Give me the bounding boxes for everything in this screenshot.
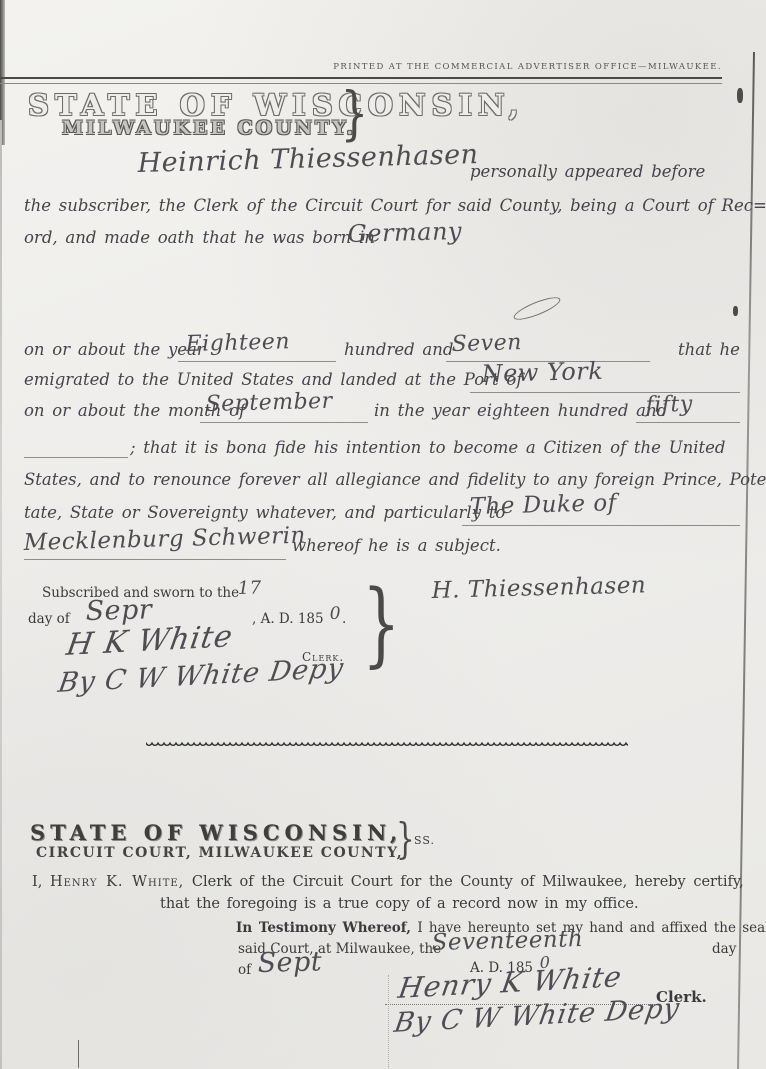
- jurat-day-handwriting: 17: [237, 577, 261, 599]
- certificate-clerk-name: Henry K. White,: [50, 874, 184, 890]
- sovereign-state-handwriting: Mecklenburg Schwerin: [23, 523, 306, 556]
- county-heading: MILWAUKEE COUNTY.: [62, 117, 356, 139]
- oath-line-renounce: States, and to renounce forever all alle…: [24, 470, 766, 489]
- ink-blot: [733, 306, 738, 316]
- blank-line: [24, 558, 286, 560]
- blank-line: [200, 421, 368, 423]
- scanned-document-page: PRINTED AT THE COMMERCIAL ADVERTISER OFF…: [0, 0, 766, 1069]
- jurat-ad-digit-handwriting: 0: [329, 604, 341, 624]
- jurat-ad-period: .: [342, 611, 346, 627]
- oath-appeared-text: personally appeared before: [470, 162, 705, 181]
- month-handwriting: September: [205, 389, 333, 417]
- year-arrival-handwriting: fifty: [645, 392, 693, 418]
- year-units-handwriting: Seven: [451, 330, 522, 357]
- port-handwriting: New York: [481, 357, 603, 388]
- oath-line-subject: whereof he is a subject.: [292, 536, 501, 555]
- blank-line: [24, 456, 128, 458]
- blank-line: [470, 391, 740, 393]
- testimony-day-label: day: [712, 941, 736, 957]
- jurat-brace: }: [362, 578, 400, 670]
- oath-line-subscriber: the subscriber, the Clerk of the Circuit…: [24, 196, 766, 215]
- certificate-court-heading: CIRCUIT COURT, MILWAUKEE COUNTY,: [36, 845, 403, 861]
- certificate-line1: I, Henry K. White, Clerk of the Circuit …: [32, 874, 744, 890]
- oath-line-born-in: ord, and made oath that he was born in: [24, 228, 375, 247]
- clerk-signature: H K White: [64, 619, 236, 663]
- declarant-name-handwriting: Heinrich Thiessenhasen: [137, 139, 479, 179]
- oath-line-year: on or about the year: [24, 340, 205, 359]
- fold-crease-dotted: [388, 975, 390, 1069]
- jurat-month-handwriting: Sepr: [85, 594, 152, 627]
- testimony-of-label: of: [238, 962, 251, 978]
- certificate-brace: }: [396, 818, 415, 860]
- oath-line-particularly: tate, State or Sovereignty whatever, and…: [24, 503, 505, 522]
- oath-line-bona-fide: ; that it is bona fide his intention to …: [130, 438, 725, 457]
- birthplace-handwriting: Germany: [347, 217, 462, 248]
- printer-imprint: PRINTED AT THE COMMERCIAL ADVERTISER OFF…: [333, 62, 722, 72]
- oath-line-that-he: that he: [678, 340, 740, 359]
- header-brace: }: [341, 84, 369, 142]
- blank-line: [178, 360, 336, 362]
- blank-line: [636, 421, 740, 423]
- wavy-divider: [146, 742, 628, 750]
- oath-line-emigrated: emigrated to the United States and lande…: [24, 370, 522, 389]
- certificate-intro-rest: Clerk of the Circuit Court for the Count…: [192, 874, 744, 890]
- testimony-whereof-bold: In Testimony Whereof,: [236, 920, 411, 936]
- declarant-signature: H. Thiessenhasen: [431, 572, 646, 604]
- oath-line-eighteen-hundred: in the year eighteen hundred and: [374, 401, 667, 420]
- jurat-ad-label: , A. D. 185: [252, 611, 324, 627]
- jurat-day-of-text: day of: [28, 611, 70, 627]
- year-hundreds-handwriting: Eighteen: [185, 329, 290, 357]
- scan-mark: [78, 1040, 79, 1068]
- scan-edge-left-faint: [0, 120, 2, 1069]
- ink-blot: [737, 88, 743, 103]
- certificate-line2: that the foregoing is a true copy of a r…: [160, 896, 639, 912]
- blank-line: [462, 524, 740, 526]
- pen-flourish: [511, 293, 562, 324]
- certificate-month-handwriting: Sept: [257, 946, 322, 979]
- oath-line-hundred-and: hundred and: [344, 340, 453, 359]
- certificate-state-heading: STATE OF WISCONSIN,: [30, 820, 402, 845]
- certificate-date-handwriting: Seventeenth: [431, 926, 583, 956]
- certificate-ss: SS.: [414, 834, 435, 847]
- certificate-intro: I,: [32, 874, 42, 890]
- sovereign-handwriting: The Duke of: [469, 490, 617, 520]
